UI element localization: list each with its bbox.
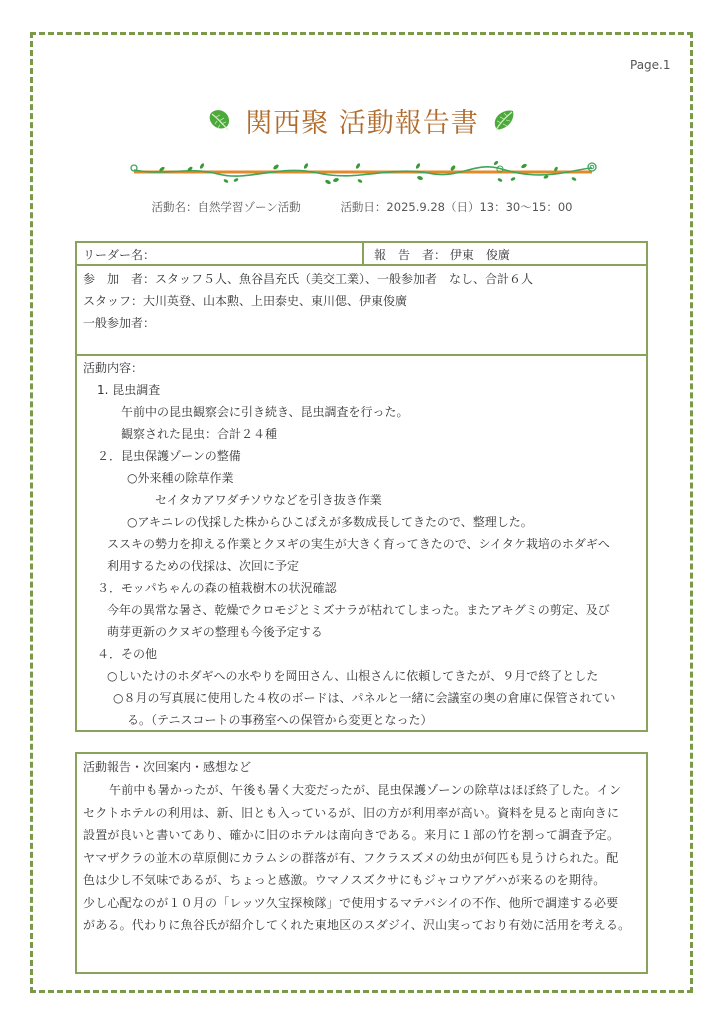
activity-item: 観察された昆虫：合計２４種 <box>83 424 640 446</box>
general-participants-line: 一般参加者： <box>83 313 640 335</box>
activity-date: 活動日：2025.9.28（日）13：30～15：00 <box>340 200 572 214</box>
report-line: セクトホテルの利用は、新、旧とも入っているが、旧の方が利用率が高い。資料を見ると… <box>83 802 640 825</box>
report-line: 色は少し不気味であるが、ちょっと感激。ウマノスズクサにもジャコウアゲハが来るのを… <box>83 869 640 892</box>
activity-heading: 活動内容： <box>83 358 640 380</box>
report-body: 午前中も暑かったが、午後も暑く大変だったが、昆虫保護ゾーンの除草はほぼ終了した。… <box>83 779 640 937</box>
activity-item: ○アキニレの伐採した株からひこばえが多数成長してきたので、整理した。 <box>83 512 640 534</box>
leaf-icon <box>491 107 517 133</box>
activity-item: 午前中の昆虫観察会に引き続き、昆虫調査を行った。 <box>83 402 640 424</box>
activity-item: ススキの勢力を抑える作業とクヌギの実生が大きく育ってきたので、シイタケ栽培のホダ… <box>83 534 640 556</box>
report-line: ヤマザクラの並木の草原側にカラムシの群落が有、フクラスズメの幼虫が何匹も見うけら… <box>83 847 640 870</box>
report-section: 活動報告・次回案内・感想など 午前中も暑かったが、午後も暑く大変だったが、昆虫保… <box>75 752 648 974</box>
report-line: 少し心配なのが１０月の「レッツ久宝探検隊」で使用するマテバシイの不作、他所で調達… <box>83 892 640 915</box>
participants-line: 参 加 者：スタッフ５人、魚谷昌充氏（美交工業）、一般参加者 なし、合計６人 <box>83 269 640 291</box>
report-heading: 活動報告・次回案内・感想など <box>83 757 640 779</box>
activity-item: ○しいたけのホダギへの水やりを岡田さん、山根さんに依頼してきたが、９月で終了とし… <box>83 666 640 688</box>
reporter-field: 報 告 者： 伊東 俊廣 <box>364 243 646 264</box>
activity-item: る。（テニスコートの事務室への保管から変更となった） <box>83 710 640 732</box>
activity-item: ３．モッパちゃんの森の植栽樹木の状況確認 <box>83 578 640 600</box>
activity-item: ○８月の写真展に使用した４枚のボードは、パネルと一緒に会議室の奥の倉庫に保管され… <box>83 688 640 710</box>
vine-divider <box>128 160 598 190</box>
report-line: 設置が良いと書いてあり、確かに旧のホテルは南向きである。来月に１部の竹を割って調… <box>83 824 640 847</box>
page-title: 関西聚 活動報告書 <box>245 101 479 140</box>
page-number: Page.1 <box>630 58 671 72</box>
activity-item: セイタカアワダチソウなどを引き抜き作業 <box>83 490 640 512</box>
activity-item: ２．昆虫保護ゾーンの整備 <box>83 446 640 468</box>
activity-meta: 活動名：自然学習ゾーン活動 活動日：2025.9.28（日）13：30～15：0… <box>0 199 724 215</box>
report-line: がある。代わりに魚谷氏が紹介してくれた東地区のスダジイ、沢山実っており有効に活用… <box>83 914 640 937</box>
info-table: リーダー名： 報 告 者： 伊東 俊廣 参 加 者：スタッフ５人、魚谷昌充氏（美… <box>75 241 648 732</box>
activity-item: ○外来種の除草作業 <box>83 468 640 490</box>
participants-row: 参 加 者：スタッフ５人、魚谷昌充氏（美交工業）、一般参加者 なし、合計６人 ス… <box>77 266 646 356</box>
staff-line: スタッフ：大川英登、山本勲、上田泰史、東川偲、伊東俊廣 <box>83 291 640 313</box>
activity-item: 萌芽更新のクヌギの整理も今後予定する <box>83 622 640 644</box>
activity-name: 活動名：自然学習ゾーン活動 <box>152 200 301 214</box>
activity-content-section: 活動内容： 1. 昆虫調査 午前中の昆虫観察会に引き続き、昆虫調査を行った。 観… <box>77 356 646 730</box>
leader-reporter-row: リーダー名： 報 告 者： 伊東 俊廣 <box>77 243 646 266</box>
activity-item: 1. 昆虫調査 <box>83 380 640 402</box>
report-line: 午前中も暑かったが、午後も暑く大変だったが、昆虫保護ゾーンの除草はほぼ終了した。… <box>83 779 640 802</box>
activity-item: ４．その他 <box>83 644 640 666</box>
title-row: 関西聚 活動報告書 <box>0 98 724 142</box>
activity-item: 利用するための伐採は、次回に予定 <box>83 556 640 578</box>
activity-item: 今年の異常な暑さ、乾燥でクロモジとミズナラが枯れてしまった。またアキグミの剪定、… <box>83 600 640 622</box>
leader-field: リーダー名： <box>77 243 364 264</box>
leaf-icon <box>207 107 233 133</box>
